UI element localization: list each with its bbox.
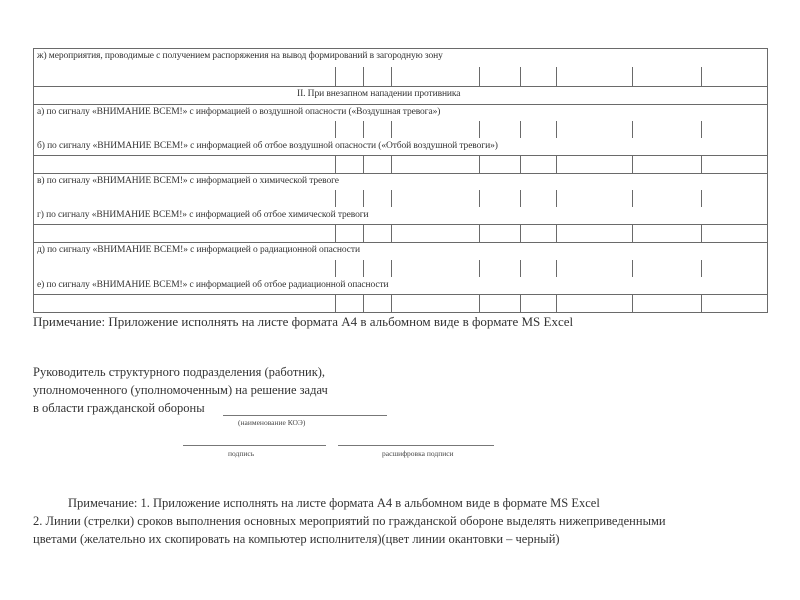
row-separator bbox=[33, 86, 768, 87]
note-below-table: Примечание: Приложение исполнять на лист… bbox=[33, 314, 573, 330]
row-label-zh: ж) мероприятия, проводимые с получением … bbox=[37, 51, 443, 61]
signature-line-2: уполномоченного (уполномоченным) на реше… bbox=[33, 382, 328, 399]
row-label-b: б) по сигналу «ВНИМАНИЕ ВСЕМ!» с информа… bbox=[37, 141, 498, 151]
row-label-a: а) по сигналу «ВНИМАНИЕ ВСЕМ!» с информа… bbox=[37, 107, 440, 117]
signature-decoding-field[interactable] bbox=[338, 445, 494, 446]
row-separator bbox=[33, 242, 768, 243]
row-separator bbox=[33, 104, 768, 105]
signature-field[interactable] bbox=[183, 445, 326, 446]
row-separator bbox=[33, 224, 768, 225]
row-label-d: д) по сигналу «ВНИМАНИЕ ВСЕМ!» с информа… bbox=[37, 245, 360, 255]
decoding-caption: расшифровка подписи bbox=[382, 449, 454, 458]
note-1: Примечание: 1. Приложение исполнять на л… bbox=[68, 495, 600, 512]
signature-line-1: Руководитель структурного подразделения … bbox=[33, 364, 325, 381]
note-3: цветами (желательно их скопировать на ко… bbox=[33, 531, 560, 548]
signature-line-3: в области гражданской обороны bbox=[33, 400, 205, 417]
table-border-left bbox=[33, 48, 34, 312]
row-label-v: в) по сигналу «ВНИМАНИЕ ВСЕМ!» с информа… bbox=[37, 176, 339, 186]
table-border-top bbox=[33, 48, 768, 49]
signature-caption: подпись bbox=[228, 449, 254, 458]
row-separator bbox=[33, 294, 768, 295]
table-border-right bbox=[767, 48, 768, 312]
row-separator bbox=[33, 155, 768, 156]
row-separator bbox=[33, 173, 768, 174]
table-border-bottom bbox=[33, 312, 768, 313]
section-title: II. При внезапном нападении противника bbox=[297, 89, 460, 99]
row-label-g: г) по сигналу «ВНИМАНИЕ ВСЕМ!» с информа… bbox=[37, 210, 369, 220]
koe-caption: (наименование КОЭ) bbox=[238, 418, 305, 427]
note-2: 2. Линии (стрелки) сроков выполнения осн… bbox=[33, 513, 666, 530]
koe-name-field[interactable] bbox=[223, 415, 387, 416]
row-label-e: е) по сигналу «ВНИМАНИЕ ВСЕМ!» с информа… bbox=[37, 280, 389, 290]
